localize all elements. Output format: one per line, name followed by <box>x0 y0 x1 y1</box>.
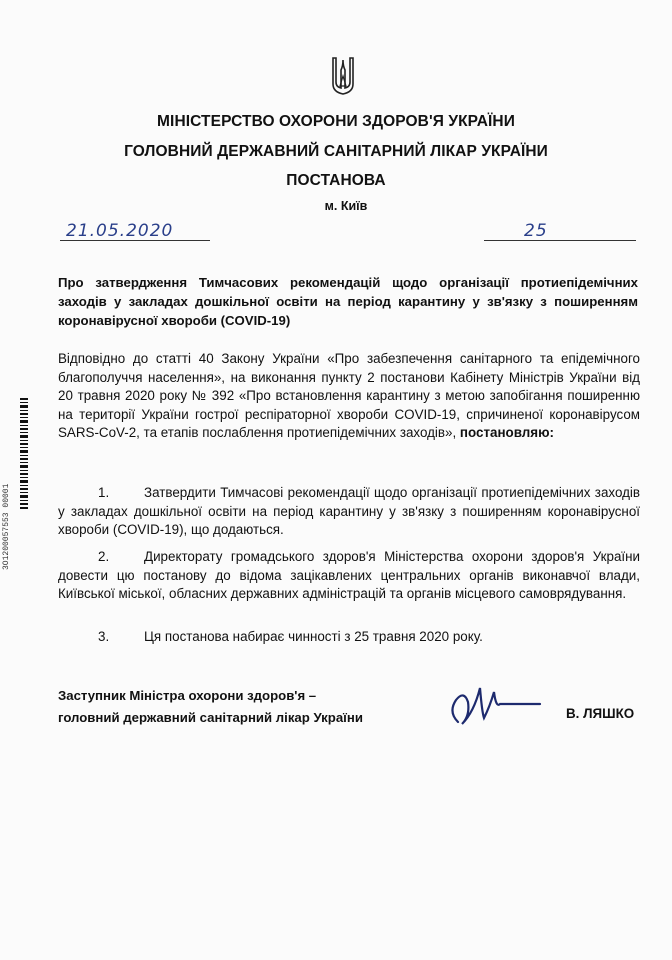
item-2: 2.Директорату громадського здоров'я Міні… <box>58 548 640 604</box>
city: м. Київ <box>0 199 672 213</box>
document-date: 21.05.2020 <box>66 221 173 241</box>
signatory-name: В. ЛЯШКО <box>566 706 634 721</box>
item-text: Директорату громадського здоров'я Мініст… <box>58 549 640 601</box>
document-page: МІНІСТЕРСТВО ОХОРОНИ ЗДОРОВ'Я УКРАЇНИ ГО… <box>0 0 672 960</box>
item-number: 1. <box>58 484 144 503</box>
position-line-2: головний державний санітарний лікар Укра… <box>58 707 363 729</box>
barcode-number: 3О1200057553 00001 <box>2 400 12 570</box>
ministry-name: МІНІСТЕРСТВО ОХОРОНИ ЗДОРОВ'Я УКРАЇНИ <box>0 113 672 131</box>
position-line-1: Заступник Міністра охорони здоров'я – <box>58 685 363 707</box>
item-text: Ця постанова набирає чинності з 25 травн… <box>144 629 483 644</box>
item-3: 3.Ця постанова набирає чинності з 25 тра… <box>58 628 640 647</box>
document-type: ПОСТАНОВА <box>0 172 672 190</box>
item-1: 1.Затвердити Тимчасові рекомендації щодо… <box>58 484 640 540</box>
item-text: Затвердити Тимчасові рекомендації щодо о… <box>58 485 640 537</box>
date-underline <box>60 240 210 241</box>
number-underline <box>484 240 636 241</box>
document-number: 25 <box>524 221 548 241</box>
item-number: 3. <box>58 628 144 647</box>
tryzub-emblem-icon <box>330 56 356 96</box>
official-title: ГОЛОВНИЙ ДЕРЖАВНИЙ САНІТАРНИЙ ЛІКАР УКРА… <box>0 143 672 161</box>
document-title: Про затвердження Тимчасових рекомендацій… <box>58 273 638 330</box>
item-number: 2. <box>58 548 144 567</box>
handwritten-signature-icon <box>444 682 544 732</box>
intro-decree: постановляю: <box>460 425 554 440</box>
signatory-position: Заступник Міністра охорони здоров'я – го… <box>58 685 363 729</box>
intro-paragraph: Відповідно до статті 40 Закону України «… <box>58 350 640 443</box>
